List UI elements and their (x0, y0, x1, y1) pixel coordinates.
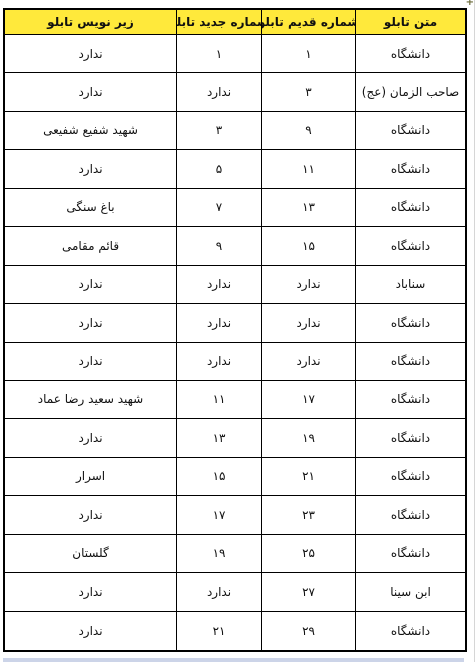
cell-old-number: ندارد (261, 304, 355, 342)
page-root: متن تابلو شماره قدیم تابلو شماره جدید تا… (0, 0, 475, 662)
plus-cursor-icon: + (466, 0, 474, 8)
cell-new-number: ۳ (176, 112, 261, 150)
cell-new-number: ندارد (176, 573, 261, 611)
cell-new-number: ندارد (176, 343, 261, 381)
cell-old-number: ۲۷ (261, 573, 355, 611)
cell-old-number: ۲۳ (261, 496, 355, 534)
cell-old-number: ۱۳ (261, 189, 355, 227)
cell-new-number: ندارد (176, 73, 261, 111)
cell-new-number: ندارد (176, 304, 261, 342)
cell-sign-text: دانشگاه (355, 189, 465, 227)
cell-subtitle: قائم مقامی (5, 227, 176, 265)
cell-subtitle: ندارد (5, 419, 176, 457)
cell-sign-text: دانشگاه (355, 304, 465, 342)
cell-new-number: ۱۵ (176, 458, 261, 496)
cell-subtitle: ندارد (5, 35, 176, 73)
cell-sign-text: دانشگاه (355, 35, 465, 73)
header-cell-sign-text: متن تابلو (355, 10, 465, 35)
cell-new-number: ۱۷ (176, 496, 261, 534)
cell-sign-text: دانشگاه (355, 227, 465, 265)
cell-sign-text: دانشگاه (355, 612, 465, 650)
cell-sign-text: دانشگاه (355, 535, 465, 573)
cell-old-number: ۲۱ (261, 458, 355, 496)
cell-old-number: ۲۵ (261, 535, 355, 573)
cell-old-number: ۳ (261, 73, 355, 111)
cell-old-number: ۹ (261, 112, 355, 150)
cell-new-number: ۱۳ (176, 419, 261, 457)
cell-sign-text: ابن سینا (355, 573, 465, 611)
cell-new-number: ۱ (176, 35, 261, 73)
header-cell-new-number: شماره جدید تابلو (176, 10, 261, 35)
cell-sign-text: صاحب الزمان (عج) (355, 73, 465, 111)
cell-new-number: ۷ (176, 189, 261, 227)
cell-old-number: ۱۵ (261, 227, 355, 265)
cell-subtitle: ندارد (5, 73, 176, 111)
cell-sign-text: دانشگاه (355, 150, 465, 188)
cell-new-number: ۱۱ (176, 381, 261, 419)
header-cell-subtitle: زیر نویس تابلو (5, 10, 176, 35)
cell-subtitle: شهید سعید رضا عماد (5, 381, 176, 419)
cell-new-number: ۵ (176, 150, 261, 188)
cell-subtitle: ندارد (5, 343, 176, 381)
cell-new-number: ندارد (176, 266, 261, 304)
cell-subtitle: شهید شفیع شفیعی (5, 112, 176, 150)
cell-subtitle: ندارد (5, 304, 176, 342)
cell-new-number: ۱۹ (176, 535, 261, 573)
cell-old-number: ۱۱ (261, 150, 355, 188)
cell-subtitle: ندارد (5, 150, 176, 188)
cell-new-number: ۹ (176, 227, 261, 265)
cell-sign-text: دانشگاه (355, 496, 465, 534)
cell-subtitle: ندارد (5, 612, 176, 650)
cell-old-number: ۱ (261, 35, 355, 73)
cell-sign-text: دانشگاه (355, 343, 465, 381)
cell-subtitle: گلستان (5, 535, 176, 573)
sign-table: متن تابلو شماره قدیم تابلو شماره جدید تا… (3, 8, 467, 652)
cell-sign-text: دانشگاه (355, 419, 465, 457)
cell-subtitle: ندارد (5, 496, 176, 534)
header-cell-old-number: شماره قدیم تابلو (261, 10, 355, 35)
cell-subtitle: باغ سنگی (5, 189, 176, 227)
cell-sign-text: دانشگاه (355, 112, 465, 150)
cell-old-number: ندارد (261, 343, 355, 381)
cell-subtitle: اسرار (5, 458, 176, 496)
cell-new-number: ۲۱ (176, 612, 261, 650)
cell-old-number: ۲۹ (261, 612, 355, 650)
cell-sign-text: دانشگاه (355, 381, 465, 419)
cell-subtitle: ندارد (5, 266, 176, 304)
cell-sign-text: سناباد (355, 266, 465, 304)
cell-old-number: ندارد (261, 266, 355, 304)
cell-old-number: ۱۹ (261, 419, 355, 457)
cell-sign-text: دانشگاه (355, 458, 465, 496)
next-table-edge-strip (3, 658, 464, 662)
cell-old-number: ۱۷ (261, 381, 355, 419)
cell-subtitle: ندارد (5, 573, 176, 611)
